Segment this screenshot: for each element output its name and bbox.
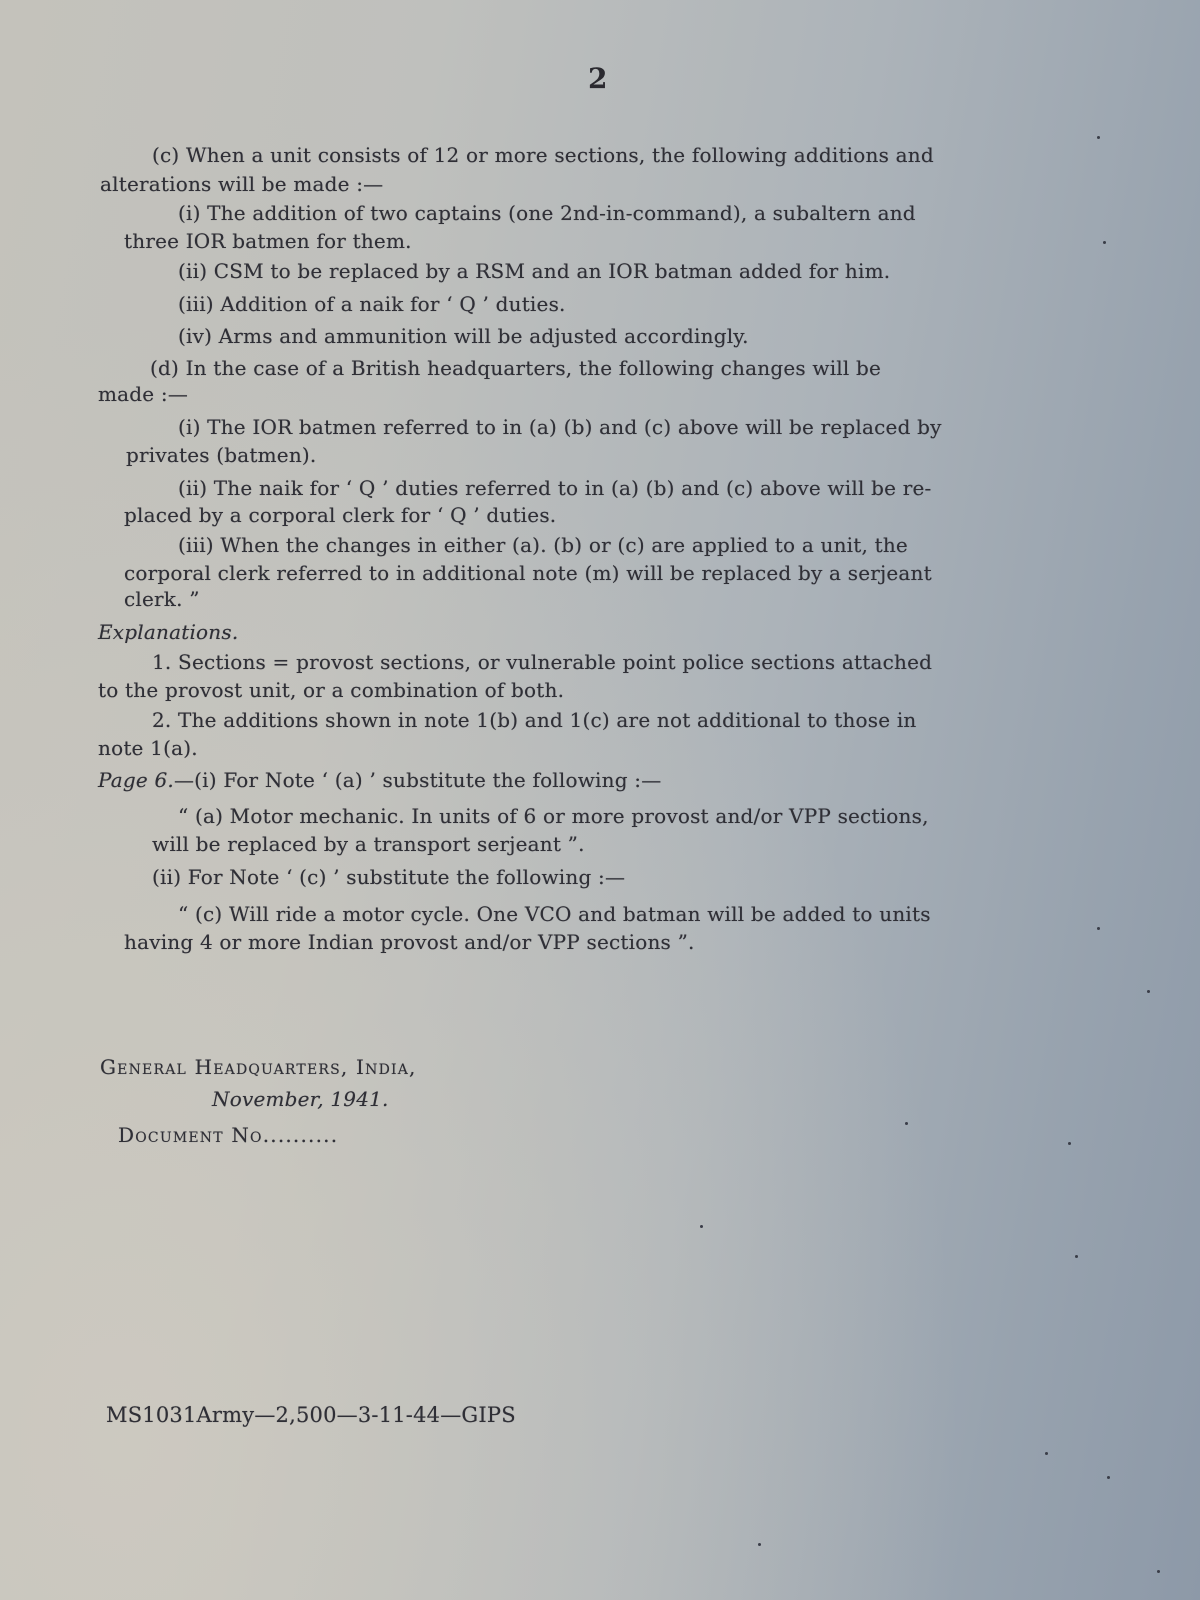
paper-speck xyxy=(700,1225,703,1228)
page-6-item-ii: (ii) For Note ‘ (c) ’ substitute the fol… xyxy=(152,865,625,889)
quote-a-line-1: “ (a) Motor mechanic. In units of 6 or m… xyxy=(178,804,929,828)
explanation-2-line-2: note 1(a). xyxy=(98,736,198,760)
section-d-item-iii-line-3: clerk. ” xyxy=(124,587,200,611)
quote-c-line-1: “ (c) Will ride a motor cycle. One VCO a… xyxy=(178,902,931,926)
paper-speck xyxy=(1075,1255,1078,1258)
section-c-intro-line-1: (c) When a unit consists of 12 or more s… xyxy=(152,143,934,167)
section-c-item-iv: (iv) Arms and ammunition will be adjuste… xyxy=(178,324,749,348)
paper-speck xyxy=(1097,927,1100,930)
print-code: MS1031Army—2,500—3-11-44—GIPS xyxy=(106,1403,516,1427)
paper-speck xyxy=(905,1122,908,1125)
section-d-intro-line-1: (d) In the case of a British headquarter… xyxy=(150,356,881,380)
paper-speck xyxy=(1147,990,1150,993)
paper-speck xyxy=(1157,1570,1160,1573)
paper-speck xyxy=(1068,1142,1071,1145)
section-d-item-i-line-1: (i) The IOR batmen referred to in (a) (b… xyxy=(178,415,942,439)
paper-speck xyxy=(1097,136,1100,139)
quote-a-line-2: will be replaced by a transport serjeant… xyxy=(152,832,585,856)
page-6-label: Page 6. xyxy=(98,768,174,792)
paper-speck xyxy=(1107,1476,1110,1479)
section-c-item-ii: (ii) CSM to be replaced by a RSM and an … xyxy=(178,259,890,283)
section-c-item-iii: (iii) Addition of a naik for ‘ Q ’ dutie… xyxy=(178,292,566,316)
section-c-intro-line-2: alterations will be made :— xyxy=(100,172,383,196)
section-d-item-ii-line-1: (ii) The naik for ‘ Q ’ duties referred … xyxy=(178,476,931,500)
section-d-intro-line-2: made :— xyxy=(98,382,188,406)
explanation-2-line-1: 2. The additions shown in note 1(b) and … xyxy=(152,708,917,732)
paper-speck xyxy=(758,1543,761,1546)
section-d-item-iii-line-1: (iii) When the changes in either (a). (b… xyxy=(178,533,908,557)
explanation-1-line-1: 1. Sections = provost sections, or vulne… xyxy=(152,650,932,674)
page-number: 2 xyxy=(588,62,607,95)
section-c-item-i-line-1: (i) The addition of two captains (one 2n… xyxy=(178,201,916,225)
paper-speck xyxy=(1103,241,1106,244)
section-d-item-i-line-2: privates (batmen). xyxy=(126,443,317,467)
paper-speck xyxy=(1045,1452,1048,1455)
signature-date: November, 1941. xyxy=(212,1087,389,1111)
explanations-heading: Explanations. xyxy=(98,620,238,644)
page-6-item-i-text: —(i) For Note ‘ (a) ’ substitute the fol… xyxy=(174,768,661,792)
page-6-item-i: Page 6.—(i) For Note ‘ (a) ’ substitute … xyxy=(98,768,661,792)
section-c-item-i-line-2: three IOR batmen for them. xyxy=(124,229,412,253)
section-d-item-ii-line-2: placed by a corporal clerk for ‘ Q ’ dut… xyxy=(124,503,556,527)
explanation-1-line-2: to the provost unit, or a combination of… xyxy=(98,678,564,702)
signature-office: General Headquarters, India, xyxy=(100,1055,417,1079)
quote-c-line-2: having 4 or more Indian provost and/or V… xyxy=(124,930,695,954)
document-number: Document No.......... xyxy=(118,1123,338,1147)
section-d-item-iii-line-2: corporal clerk referred to in additional… xyxy=(124,561,932,585)
